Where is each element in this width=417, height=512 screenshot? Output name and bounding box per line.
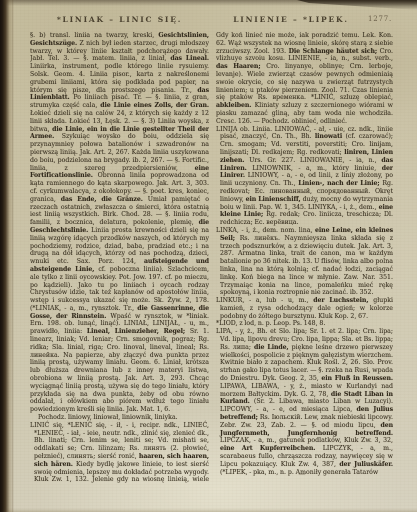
- fraktur-gloss-text: die Linie eines Zolls, der Gran.: [100, 102, 209, 109]
- dictionary-paragraph: §. b) transl. liniia na twarzy, kreski, …: [30, 32, 209, 414]
- fraktur-gloss-text: Die Schlange häutet sich;: [289, 48, 380, 55]
- right-text-column: Gdy koń linieć nie może, iak poradzić te…: [216, 32, 393, 490]
- fraktur-gloss-text: Lineal, Linienzieher, Regel;: [87, 328, 190, 335]
- page-number: 1277.: [358, 15, 392, 23]
- body-text: Urs. Gr. 227. LINIOWANIE, - ia, n.,: [249, 157, 381, 164]
- fraktur-gloss-text: das Lineal.: [170, 55, 209, 62]
- body-text: LINIOWNIK, - a, m., który liniuie,: [252, 165, 381, 172]
- dictionary-paragraph: *LIOD, z lod, n. p. Leop. Ps. 148, 8.: [216, 320, 393, 328]
- body-text: LIPCZAK, - a, m., gatunek podlatków, Klu…: [220, 437, 393, 444]
- fraktur-gloss-text: linowati: [315, 133, 346, 140]
- body-text: Liniirka, instrument, podle którego lini…: [30, 63, 209, 93]
- dictionary-paragraph: LINIJA ob. Liniia. LINIOWAĆ, - ał, - uie…: [216, 126, 393, 227]
- body-text: Sr. 1. linearz, liniak; Vd. leniar; Crn.…: [30, 328, 209, 413]
- running-head-right: LINIENIE – *LIPEK.: [218, 15, 364, 24]
- fraktur-gloss-text: ein Linienschiff,: [246, 196, 303, 203]
- body-text: *LIOD, z lod, n. p. Leop. Ps. 148, 8.: [216, 320, 325, 327]
- dictionary-paragraph: Gdy koń linieć nie może, iak poradzić te…: [216, 32, 393, 126]
- dictionary-paragraph: LIPA, - y, ż., Bh. et Slo. lipa; Sr. 1. …: [216, 328, 393, 476]
- fraktur-gloss-text: Linien-, nach der Linie;: [298, 180, 382, 187]
- dictionary-paragraph: LINKUR, - a, lub - u, m., der Luchsstein…: [216, 297, 393, 320]
- fraktur-gloss-text: das Haaren;: [216, 63, 266, 70]
- body-text: LINKA, - i, ż., dem. nom. lina,: [216, 227, 315, 234]
- body-text: §. b) transl. liniia na twarzy, kreski,: [30, 32, 158, 39]
- body-text: Pochodz. liniowy, liniował, liniownik, l…: [38, 414, 178, 421]
- fraktur-gloss-text: der Juliuskäfer.: [339, 461, 393, 468]
- binding-crease: [12, 0, 14, 512]
- dictionary-paragraph: Pochodz. liniowy, liniował, liniownik, l…: [30, 414, 209, 422]
- fraktur-gloss-text: eine Art Kupferreibchen.: [220, 445, 323, 452]
- dictionary-paragraph: LINIĆ się, *LENIĆ się, - ił, - i, recipr…: [30, 422, 209, 484]
- scan-edge-bottom: [0, 508, 417, 512]
- fraktur-gloss-text: abkleiben.: [216, 102, 255, 109]
- body-text: Rs. линёкъ. Naymnieysza linka składa się…: [220, 235, 393, 297]
- fraktur-gloss-text: das Ende, die Gränze.: [61, 196, 148, 203]
- body-text: LINKUR, - a, lub - u, m.,: [216, 297, 313, 304]
- fraktur-gloss-text: der Luchsstein,: [313, 297, 373, 304]
- section-divider-dash: —: [294, 472, 310, 476]
- book-page-scan: *LINIAK – LINIC SIĘ. LINIENIE – *LIPEK. …: [0, 0, 417, 512]
- left-text-column: §. b) transl. liniia na twarzy, kreski, …: [30, 32, 209, 484]
- running-head-left: *LINIAK – LINIC SIĘ.: [30, 15, 209, 24]
- dictionary-paragraph: LINKA, - i, ż., dem. nom. lina, eine Lei…: [216, 227, 393, 297]
- fraktur-gloss-text: ein Fluß in Reussen.: [321, 375, 393, 382]
- running-head: *LINIAK – LINIC SIĘ. LINIENIE – *LIPEK. …: [0, 15, 417, 29]
- fraktur-gloss-text: die Linde,: [254, 344, 292, 351]
